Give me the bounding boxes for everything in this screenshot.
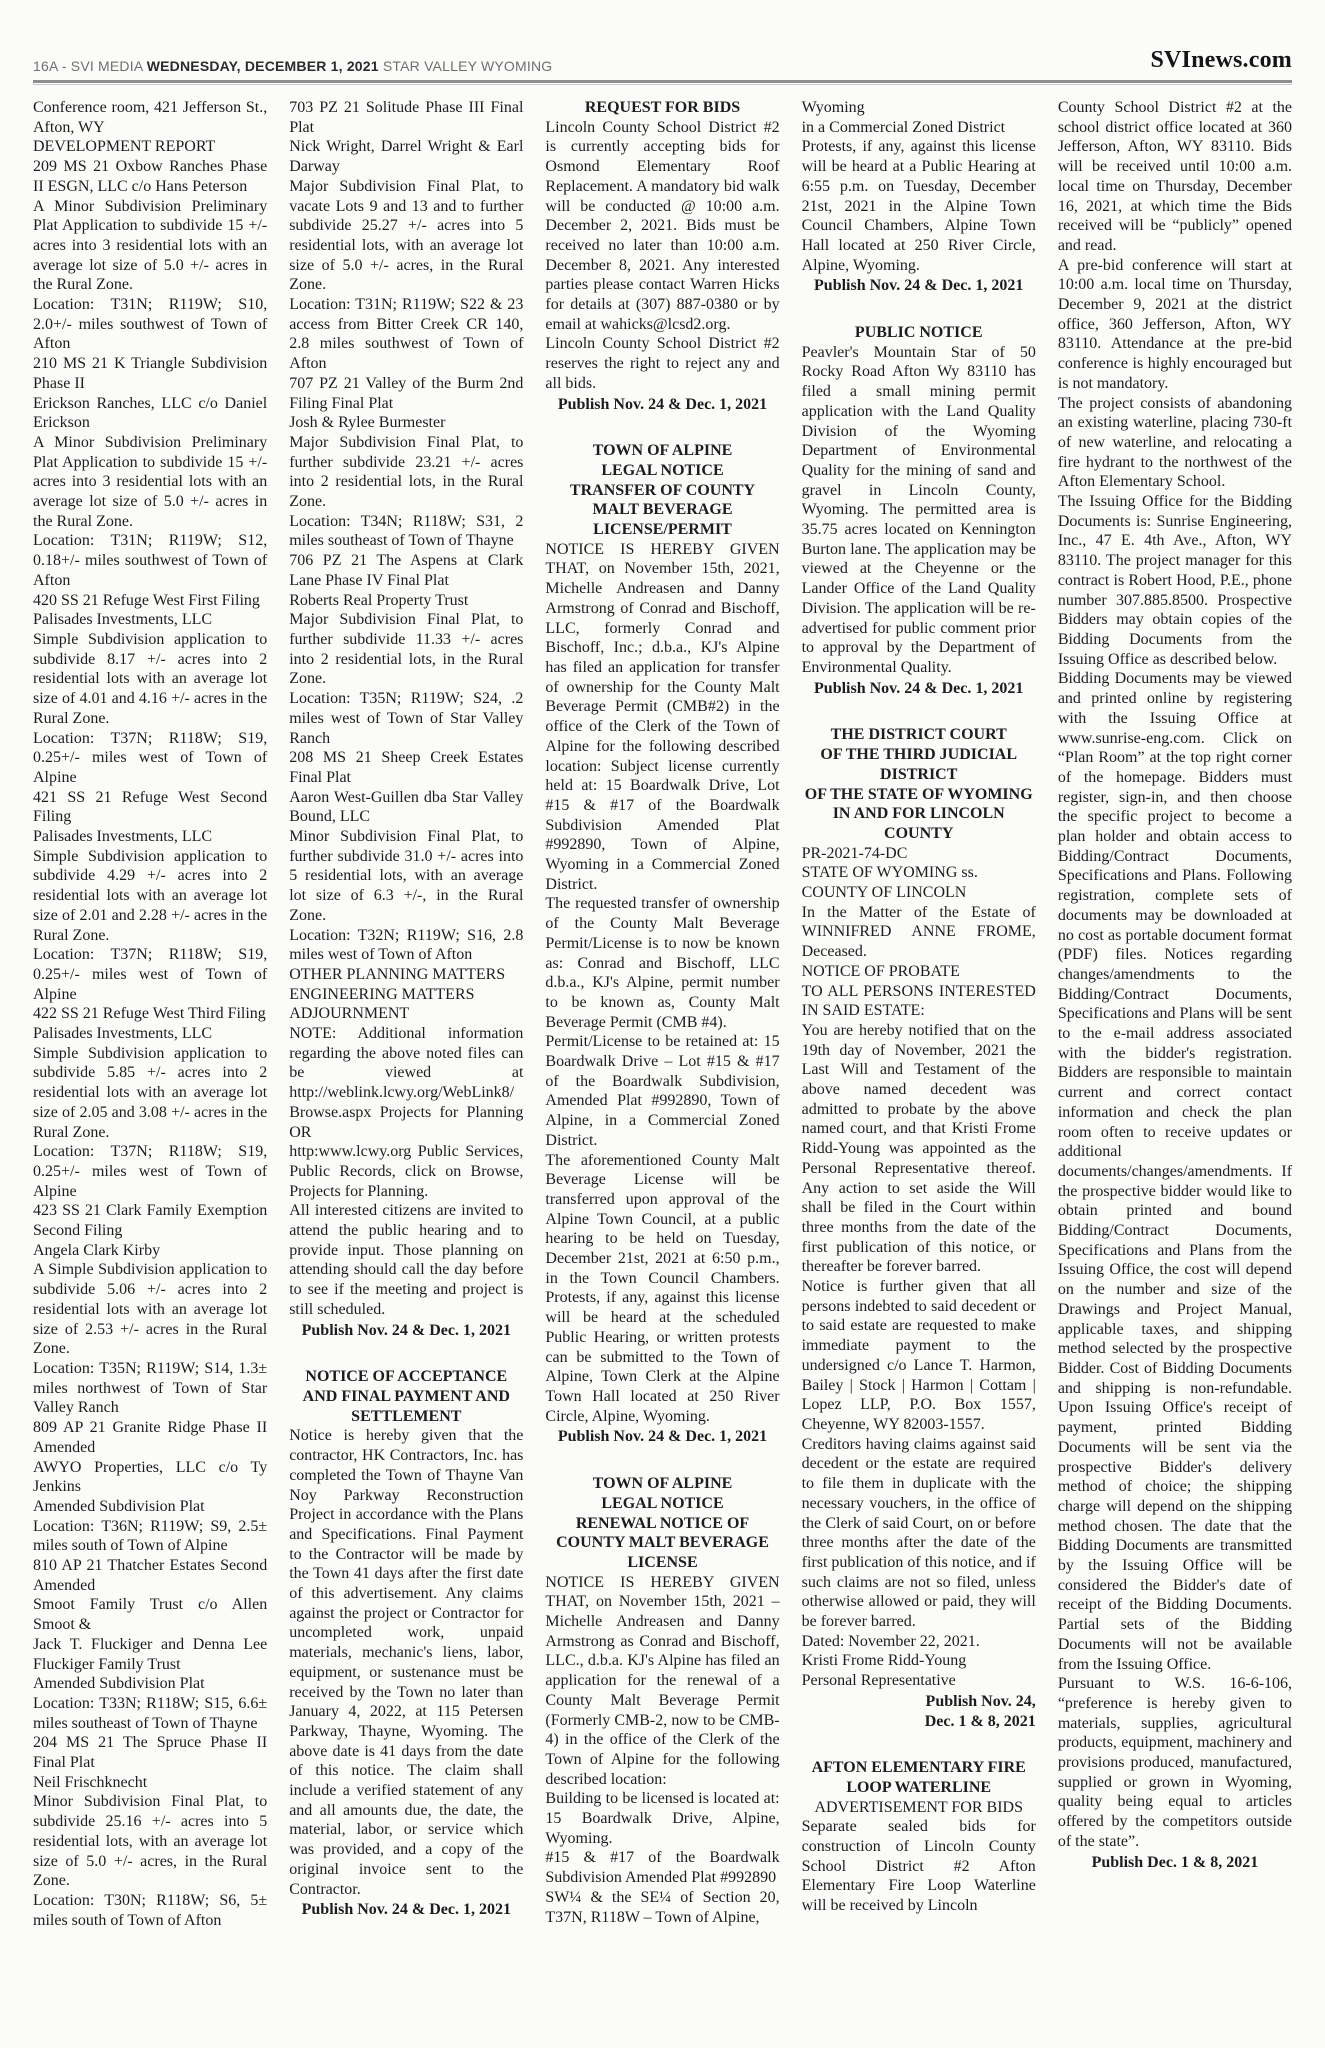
notice-paragraph: Angela Clark Kirby <box>33 1241 267 1261</box>
notice-paragraph: A Minor Subdivision Preliminary Plat App… <box>33 433 267 532</box>
notice-paragraph: 210 MS 21 K Triangle Subdivision Phase I… <box>33 354 267 393</box>
notice-paragraph: Location: T37N; R118W; S19, 0.25+/- mile… <box>33 945 267 1004</box>
notice-paragraph: The aforementioned County Malt Beverage … <box>545 1151 779 1427</box>
notice-paragraph: Wyoming <box>802 98 1036 118</box>
notice-paragraph: Personal Representative <box>802 1671 1036 1691</box>
notice-paragraph: Major Subdivision Final Plat, to vacate … <box>289 177 523 295</box>
publish-line: Publish Nov. 24 & Dec. 1, 2021 <box>289 1321 523 1341</box>
notice-paragraph: Location: T35N; R119W; S14, 1.3± miles n… <box>33 1359 267 1418</box>
column-1: Conference room, 421 Jefferson St., Afto… <box>33 98 267 1933</box>
notice-paragraph: COUNTY OF LINCOLN <box>802 883 1036 903</box>
publication-region: STAR VALLEY WYOMING <box>383 58 553 74</box>
notice-paragraph: Location: T34N; R118W; S31, 2 miles sout… <box>289 512 523 551</box>
notice-paragraph: NOTICE IS HEREBY GIVEN THAT, on November… <box>545 1573 779 1790</box>
notice-paragraph: Josh & Rylee Burmester <box>289 413 523 433</box>
notice-subheading: ADVERTISEMENT FOR BIDS <box>802 1798 1036 1818</box>
notice-paragraph: Building to be licensed is located at: 1… <box>545 1789 779 1848</box>
notice-paragraph: Simple Subdivision application to subdiv… <box>33 847 267 946</box>
notice-paragraph: 423 SS 21 Clark Family Exemption Second … <box>33 1201 267 1240</box>
notice-paragraph: Bidding Documents may be viewed and prin… <box>1058 669 1292 1674</box>
notice-paragraph: Aaron West-Guillen dba Star Valley Bound… <box>289 788 523 827</box>
notice-paragraph: Minor Subdivision Final Plat, to subdivi… <box>33 1792 267 1891</box>
header-divider <box>33 80 1292 85</box>
notice-heading: TOWN OF ALPINE LEGAL NOTICE RENEWAL NOTI… <box>545 1474 779 1573</box>
legal-notices-columns: Conference room, 421 Jefferson St., Afto… <box>33 98 1292 1933</box>
notice-paragraph: Lincoln County School District #2 reserv… <box>545 334 779 393</box>
notice-paragraph: 809 AP 21 Granite Ridge Phase II Amended <box>33 1418 267 1457</box>
notice-paragraph: Simple Subdivision application to subdiv… <box>33 630 267 729</box>
notice-paragraph: Location: T31N; R119W; S10, 2.0+/- miles… <box>33 295 267 354</box>
notice-paragraph: 209 MS 21 Oxbow Ranches Phase II ESGN, L… <box>33 157 267 196</box>
notice-paragraph: Palisades Investments, LLC <box>33 610 267 630</box>
notice-paragraph: Permit/License to be retained at: 15 Boa… <box>545 1032 779 1150</box>
notice-paragraph: Neil Frischknecht <box>33 1773 267 1793</box>
notice-paragraph: Dated: November 22, 2021. <box>802 1632 1036 1652</box>
notice-paragraph: The Issuing Office for the Bidding Docum… <box>1058 492 1292 669</box>
notice-paragraph: ENGINEERING MATTERS <box>289 985 523 1005</box>
notice-paragraph: Location: T31N; R119W; S22 & 23 access f… <box>289 295 523 374</box>
notice-paragraph: 422 SS 21 Refuge West Third Filing <box>33 1004 267 1024</box>
notice-paragraph: A pre-bid conference will start at 10:00… <box>1058 256 1292 394</box>
notice-heading: REQUEST FOR BIDS <box>545 98 779 118</box>
notice-paragraph: Kristi Frome Ridd-Young <box>802 1651 1036 1671</box>
notice-paragraph: 421 SS 21 Refuge West Second Filing <box>33 788 267 827</box>
publish-line: Publish Nov. 24 & Dec. 1, 2021 <box>545 1427 779 1447</box>
notice-paragraph: #15 & #17 of the Boardwalk Subdivision A… <box>545 1848 779 1887</box>
notice-paragraph: 810 AP 21 Thatcher Estates Second Amende… <box>33 1556 267 1595</box>
notice-paragraph: Smoot Family Trust c/o Allen Smoot & <box>33 1595 267 1634</box>
notice-paragraph: TO ALL PERSONS INTERESTED IN SAID ESTATE… <box>802 982 1036 1021</box>
publish-line: Publish Nov. 24 & Dec. 1, 2021 <box>545 395 779 415</box>
notice-paragraph: Creditors having claims against said dec… <box>802 1435 1036 1632</box>
notice-paragraph: in a Commercial Zoned District <box>802 118 1036 138</box>
notice-paragraph: Palisades Investments, LLC <box>33 1024 267 1044</box>
notice-paragraph: County School District #2 at the school … <box>1058 98 1292 256</box>
notice-paragraph: Location: T37N; R118W; S19, 0.25+/- mile… <box>33 729 267 788</box>
masthead-left: 16A - SVI MEDIA WEDNESDAY, DECEMBER 1, 2… <box>33 58 552 74</box>
notice-paragraph: Lincoln County School District #2 is cur… <box>545 118 779 335</box>
publish-line: Publish Dec. 1 & 8, 2021 <box>1058 1853 1292 1873</box>
notice-paragraph: Separate sealed bids for construction of… <box>802 1817 1036 1916</box>
notice-paragraph: Location: T31N; R119W; S12, 0.18+/- mile… <box>33 531 267 590</box>
notice-paragraph: The requested transfer of ownership of t… <box>545 894 779 1032</box>
notice-paragraph: Protests, if any, against this license w… <box>802 137 1036 275</box>
notice-paragraph: ADJOURNMENT <box>289 1004 523 1024</box>
notice-paragraph: AWYO Properties, LLC c/o Ty Jenkins <box>33 1458 267 1497</box>
notice-paragraph: NOTICE IS HEREBY GIVEN THAT, on November… <box>545 540 779 895</box>
notice-paragraph: Amended Subdivision Plat <box>33 1497 267 1517</box>
notice-paragraph: Notice is further given that all persons… <box>802 1277 1036 1435</box>
notice-heading: AFTON ELEMENTARY FIRE LOOP WATERLINE <box>802 1758 1036 1797</box>
notice-paragraph: Location: T37N; R118W; S19, 0.25+/- mile… <box>33 1142 267 1201</box>
notice-paragraph: All interested citizens are invited to a… <box>289 1201 523 1319</box>
newspaper-page: 16A - SVI MEDIA WEDNESDAY, DECEMBER 1, 2… <box>0 0 1325 2048</box>
column-2: 703 PZ 21 Solitude Phase III Final PlatN… <box>289 98 523 1933</box>
notice-paragraph: Notice is hereby given that the contract… <box>289 1426 523 1899</box>
notice-paragraph: 204 MS 21 The Spruce Phase II Final Plat <box>33 1733 267 1772</box>
notice-paragraph: Pursuant to W.S. 16-6-106, “preference i… <box>1058 1674 1292 1851</box>
page-number-label: 16A - SVI MEDIA <box>33 58 143 74</box>
column-4: Wyomingin a Commercial Zoned DistrictPro… <box>802 98 1036 1933</box>
notice-paragraph: Location: T35N; R119W; S24, .2 miles wes… <box>289 689 523 748</box>
notice-paragraph: Erickson Ranches, LLC c/o Daniel Erickso… <box>33 394 267 433</box>
notice-heading: THE DISTRICT COURT OF THE THIRD JUDICIAL… <box>802 725 1036 843</box>
website-masthead: SVInews.com <box>1150 47 1292 74</box>
notice-paragraph: NOTICE OF PROBATE <box>802 962 1036 982</box>
notice-paragraph: 706 PZ 21 The Aspens at Clark Lane Phase… <box>289 551 523 590</box>
notice-paragraph: Palisades Investments, LLC <box>33 827 267 847</box>
notice-paragraph: Roberts Real Property Trust <box>289 591 523 611</box>
notice-paragraph: Nick Wright, Darrel Wright & Earl Darway <box>289 137 523 176</box>
notice-paragraph: The project consists of abandoning an ex… <box>1058 394 1292 493</box>
publish-line: Publish Nov. 24 & Dec. 1, 2021 <box>802 679 1036 699</box>
notice-paragraph: STATE OF WYOMING ss. <box>802 863 1036 883</box>
notice-paragraph: SW¼ & the SE¼ of Section 20, T37N, R118W… <box>545 1888 779 1927</box>
notice-paragraph: http:www.lcwy.org Public Services, Publi… <box>289 1142 523 1201</box>
notice-paragraph: 703 PZ 21 Solitude Phase III Final Plat <box>289 98 523 137</box>
publish-line-right: Publish Nov. 24, Dec. 1 & 8, 2021 <box>802 1692 1036 1731</box>
notice-paragraph: You are hereby notified that on the 19th… <box>802 1021 1036 1277</box>
notice-paragraph: NOTE: Additional information regarding t… <box>289 1024 523 1142</box>
notice-paragraph: In the Matter of the Estate of WINNIFRED… <box>802 903 1036 962</box>
masthead: 16A - SVI MEDIA WEDNESDAY, DECEMBER 1, 2… <box>33 0 1292 74</box>
notice-paragraph: 208 MS 21 Sheep Creek Estates Final Plat <box>289 748 523 787</box>
notice-paragraph: Peavler's Mountain Star of 50 Rocky Road… <box>802 343 1036 678</box>
notice-paragraph: Minor Subdivision Final Plat, to further… <box>289 827 523 926</box>
notice-paragraph: Simple Subdivision application to subdiv… <box>33 1044 267 1143</box>
notice-paragraph: Conference room, 421 Jefferson St., Afto… <box>33 98 267 137</box>
notice-paragraph: Jack T. Fluckiger and Denna Lee Fluckige… <box>33 1635 267 1674</box>
notice-paragraph: DEVELOPMENT REPORT <box>33 137 267 157</box>
publish-line: Publish Nov. 24 & Dec. 1, 2021 <box>289 1900 523 1920</box>
notice-paragraph: Location: T30N; R118W; S6, 5± miles sout… <box>33 1891 267 1930</box>
notice-paragraph: Location: T32N; R119W; S16, 2.8 miles we… <box>289 926 523 965</box>
notice-paragraph: Major Subdivision Final Plat, to further… <box>289 610 523 689</box>
issue-date: WEDNESDAY, DECEMBER 1, 2021 <box>147 58 379 74</box>
notice-paragraph: A Simple Subdivision application to subd… <box>33 1260 267 1359</box>
publish-line: Publish Nov. 24 & Dec. 1, 2021 <box>802 276 1036 296</box>
notice-paragraph: PR-2021-74-DC <box>802 844 1036 864</box>
notice-heading: PUBLIC NOTICE <box>802 323 1036 343</box>
notice-paragraph: 707 PZ 21 Valley of the Burm 2nd Filing … <box>289 374 523 413</box>
notice-paragraph: 420 SS 21 Refuge West First Filing <box>33 591 267 611</box>
notice-paragraph: Location: T36N; R119W; S9, 2.5± miles so… <box>33 1517 267 1556</box>
column-3: REQUEST FOR BIDSLincoln County School Di… <box>545 98 779 1933</box>
notice-paragraph: Amended Subdivision Plat <box>33 1674 267 1694</box>
notice-heading: TOWN OF ALPINE LEGAL NOTICE TRANSFER OF … <box>545 441 779 540</box>
notice-paragraph: Major Subdivision Final Plat, to further… <box>289 433 523 512</box>
notice-heading: NOTICE OF ACCEPTANCE AND FINAL PAYMENT A… <box>289 1367 523 1426</box>
notice-paragraph: A Minor Subdivision Preliminary Plat App… <box>33 197 267 296</box>
notice-paragraph: OTHER PLANNING MATTERS <box>289 965 523 985</box>
notice-paragraph: Location: T33N; R118W; S15, 6.6± miles s… <box>33 1694 267 1733</box>
column-5: County School District #2 at the school … <box>1058 98 1292 1933</box>
